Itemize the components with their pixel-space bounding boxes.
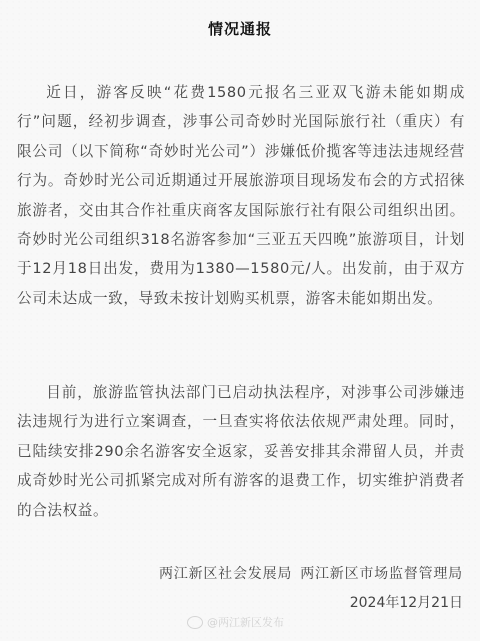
paragraph-response: 目前，旅游监管执法部门已启动执法程序，对涉事公司涉嫌违法违规行为进行立案调查，一… <box>17 378 465 525</box>
paragraph-incident: 近日，游客反映“花费1580元报名三亚双飞游未能如期成行”问题，经初步调查，涉事… <box>17 78 465 313</box>
signatories: 两江新区社会发展局两江新区市场监督管理局 <box>159 563 463 583</box>
signatory-social-development-bureau: 两江新区社会发展局 <box>159 566 292 582</box>
signatory-market-supervision-bureau: 两江新区市场监督管理局 <box>300 566 463 582</box>
document-title: 情况通报 <box>0 18 480 39</box>
notice-document: 情况通报 近日，游客反映“花费1580元报名三亚双飞游未能如期成行”问题，经初步… <box>0 0 480 641</box>
issue-date: 2024年12月21日 <box>350 592 463 612</box>
watermark: @两江新区发布 <box>187 614 284 630</box>
watermark-text: @两江新区发布 <box>207 614 284 630</box>
weibo-logo-icon <box>187 616 203 629</box>
